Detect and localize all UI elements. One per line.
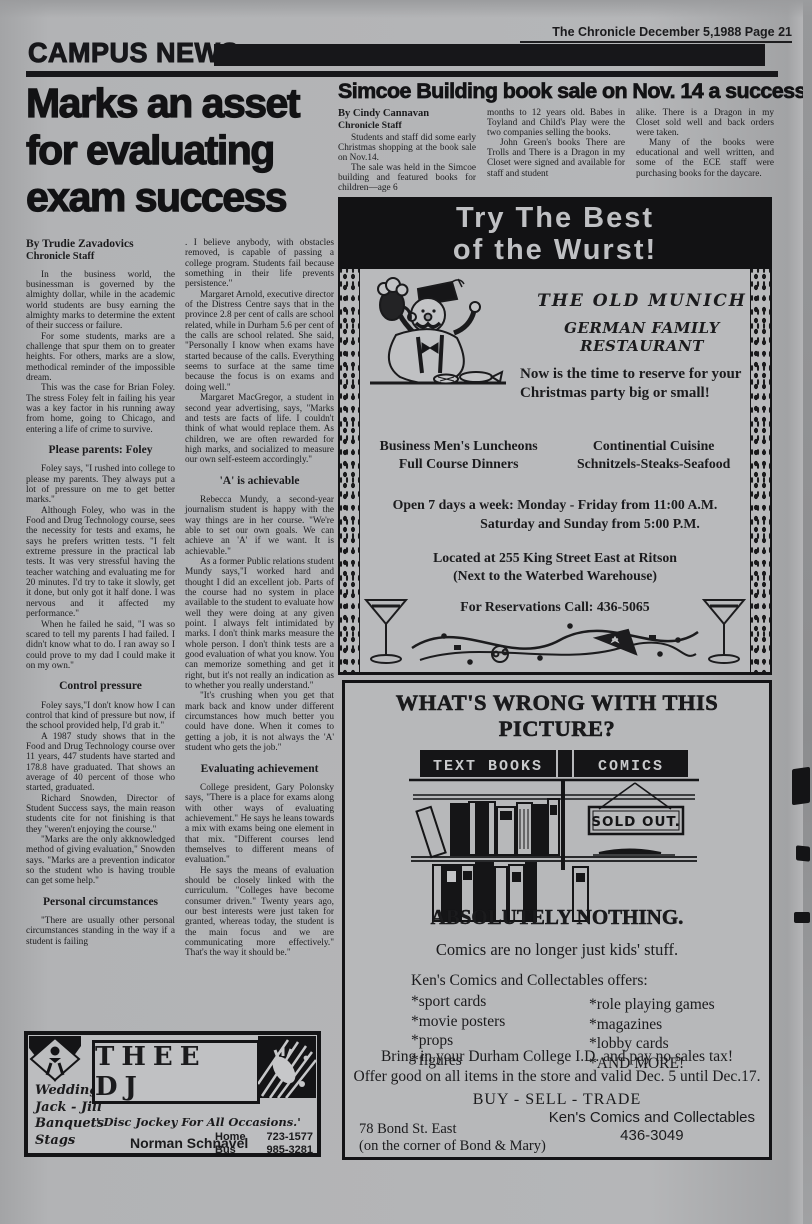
- german-man-with-beer-stein-icon: [362, 275, 512, 397]
- offer-item: *role playing games: [589, 995, 715, 1015]
- offer-item: *magazines: [589, 1015, 715, 1035]
- offer-item: *movie posters: [411, 1012, 505, 1032]
- scan-artifact: [796, 845, 810, 861]
- headline-line: exam success: [26, 174, 335, 221]
- hours-line: Open 7 days a week: Monday - Friday from…: [340, 497, 770, 513]
- paragraph: Foley says,"I don't know how I can contr…: [26, 701, 175, 732]
- paragraph: Margaret MacGregor, a student in second …: [185, 393, 334, 465]
- reserve-text: Now is the time to reserve for your Chri…: [520, 365, 772, 403]
- menu-item: Business Men's Luncheons: [380, 437, 538, 455]
- dj-hand-turntable-icon: [258, 1036, 316, 1098]
- dj-tagline: ' Disc Jockey For All Occasions.': [96, 1115, 301, 1129]
- headline-line: for evaluating: [26, 127, 335, 174]
- page-edge-shadow: [803, 0, 812, 1224]
- location-line: (Next to the Waterbed Warehouse): [340, 568, 770, 584]
- bus-number: 985-3281: [267, 1144, 314, 1157]
- paragraph: . I believe anybody, with obstacles remo…: [185, 238, 334, 290]
- paragraph: "It's crushing when you get that mark ba…: [185, 691, 334, 753]
- bus-label: Bus: [215, 1144, 236, 1157]
- comics-headline: WHAT'S WRONG WITH THIS PICTURE?: [345, 690, 769, 742]
- store-phone: 436-3049: [549, 1127, 755, 1145]
- headline-line: Marks an asset: [26, 80, 335, 127]
- home-number: 723-1577: [267, 1131, 314, 1144]
- paragraph: In the business world, the businessman i…: [26, 270, 175, 332]
- promo-text: Bring in your Durham College I.D. and pa…: [345, 1047, 769, 1086]
- masthead: The Chronicle December 5,1988 Page 21: [520, 25, 792, 43]
- byline-org: Chronicle Staff: [26, 251, 175, 263]
- banner-line: of the Wurst!: [338, 234, 772, 266]
- kens-comics-ad: WHAT'S WRONG WITH THIS PICTURE? TEXT BOO…: [342, 680, 772, 1160]
- paragraph: Rebecca Mundy, a second-year journalism …: [185, 495, 334, 557]
- scan-artifact: [792, 767, 810, 806]
- bookshelf-sold-out-icon: TEXT BOOKS COMICS: [403, 747, 705, 929]
- article-simcoe-headline: Simcoe Building book sale on Nov. 14 a s…: [338, 80, 775, 103]
- header-rule: [26, 71, 778, 77]
- article-simcoe: Simcoe Building book sale on Nov. 14 a s…: [338, 80, 775, 193]
- paragraph: A 1987 study shows that in the Food and …: [26, 732, 175, 794]
- byline-org: Chronicle Staff: [338, 120, 476, 131]
- store-name: Ken's Comics and Collectables: [549, 1109, 755, 1127]
- subhead-evaluating-achievement: Evaluating achievement: [185, 764, 334, 774]
- simcoe-column-3: alike. There is a Dragon in my Closet so…: [636, 108, 774, 193]
- menu-item: Continential Cuisine: [577, 437, 730, 455]
- paragraph: John Green's books There are Trolls and …: [487, 138, 625, 178]
- home-label: Home: [215, 1131, 246, 1144]
- paragraph: Many of the books were educational and w…: [636, 138, 774, 178]
- buy-sell-trade: BUY - SELL - TRADE: [345, 1091, 769, 1109]
- section-title: CAMPUS NEWS: [28, 38, 239, 70]
- occasion-item: Stags: [35, 1133, 106, 1150]
- section-title-bar: [214, 44, 765, 66]
- paragraph: As a former Public relations student Mun…: [185, 557, 334, 691]
- paragraph: The sale was held in the Simcoe building…: [338, 163, 476, 193]
- menu-item: Schnitzels-Steaks-Seafood: [577, 455, 730, 473]
- thee-dj-ad: Weddings Jack - Jill Banquets Stags THEE…: [24, 1031, 321, 1157]
- address-line: (on the corner of Bond & Mary): [359, 1138, 546, 1155]
- byline: By Cindy Cannavan: [338, 108, 476, 120]
- wurst-ad-body: THE OLD MUNICH GERMAN FAMILY RESTAURANT …: [338, 269, 772, 675]
- subhead-personal-circumstances: Personal circumstances: [26, 897, 175, 907]
- old-munich-restaurant-ad: Try The Best of the Wurst!: [338, 197, 772, 675]
- location-line: Located at 255 King Street East at Ritso…: [340, 550, 770, 566]
- restaurant-subname: GERMAN FAMILY RESTAURANT: [516, 319, 768, 355]
- paragraph: Margaret Arnold, executive director of t…: [185, 290, 334, 393]
- store-address: 78 Bond St. East (on the corner of Bond …: [359, 1121, 546, 1155]
- paragraph: For some students, marks are a challenge…: [26, 332, 175, 384]
- home-phone-row: Home 723-1577: [215, 1131, 313, 1144]
- paragraph: When he failed he said, "I was so scared…: [26, 620, 175, 672]
- banner-line: Try The Best: [338, 202, 772, 234]
- address-line: 78 Bond St. East: [359, 1121, 546, 1138]
- dj-title: THEE DJ: [95, 1042, 257, 1102]
- promo-line: Offer good on all items in the store and…: [345, 1067, 769, 1087]
- simcoe-column-2: months to 12 years old. Babes in Toyland…: [487, 108, 625, 193]
- menu-item: Full Course Dinners: [380, 455, 538, 473]
- tagline: Comics are no longer just kids' stuff.: [345, 940, 769, 960]
- byline: By Trudie Zavadovics: [26, 238, 175, 251]
- paragraph: He says the means of evaluation should b…: [185, 866, 334, 959]
- restaurant-name: THE OLD MUNICH: [528, 291, 756, 311]
- article-marks-headline: Marks an asset for evaluating exam succe…: [26, 80, 335, 221]
- offers-intro: Ken's Comics and Collectables offers:: [411, 972, 648, 990]
- offer-item: *sport cards: [411, 992, 505, 1012]
- article-simcoe-columns: By Cindy Cannavan Chronicle Staff Studen…: [338, 108, 775, 193]
- promo-line: Bring in your Durham College I.D. and pa…: [345, 1047, 769, 1067]
- menu-row: Business Men's Luncheons Full Course Din…: [360, 437, 750, 473]
- party-glasses-streamers-icon: [360, 596, 750, 672]
- paragraph: This was the case for Brian Foley. The s…: [26, 383, 175, 435]
- scan-artifact: [794, 912, 810, 923]
- paragraph: Foley says, "I rushed into college to pl…: [26, 464, 175, 505]
- sold-out-sign: SOLD OUT.: [591, 814, 680, 830]
- marks-column-1: By Trudie Zavadovics Chronicle Staff In …: [26, 238, 175, 959]
- menu-left: Business Men's Luncheons Full Course Din…: [380, 437, 538, 473]
- tuxedo-figure-diamond-icon: [29, 1036, 81, 1082]
- hours-line: Saturday and Sunday from 5:00 P.M.: [340, 516, 770, 532]
- menu-right: Continential Cuisine Schnitzels-Steaks-S…: [577, 437, 730, 473]
- answer-text: ABSOLUTELY NOTHING.: [345, 905, 769, 930]
- marks-column-2: . I believe anybody, with obstacles remo…: [185, 238, 334, 959]
- wurst-banner: Try The Best of the Wurst!: [338, 197, 772, 269]
- bus-phone-row: Bus 985-3281: [215, 1144, 313, 1157]
- simcoe-column-1: By Cindy Cannavan Chronicle Staff Studen…: [338, 108, 476, 193]
- article-marks: Marks an asset for evaluating exam succe…: [26, 80, 335, 959]
- textbooks-sign: TEXT BOOKS: [433, 758, 543, 775]
- newspaper-page: The Chronicle December 5,1988 Page 21 CA…: [0, 0, 812, 1224]
- paragraph: alike. There is a Dragon in my Closet so…: [636, 108, 774, 138]
- paragraph: Although Foley, who was in the Food and …: [26, 506, 175, 620]
- paragraph: "Marks are the only akknowledged method …: [26, 835, 175, 887]
- paragraph: months to 12 years old. Babes in Toyland…: [487, 108, 625, 138]
- subhead-please-parents: Please parents: Foley: [26, 445, 175, 455]
- dj-title-box: THEE DJ: [92, 1040, 260, 1104]
- subhead-a-is-achievable: 'A' is achievable: [185, 476, 334, 486]
- store-info: Ken's Comics and Collectables 436-3049: [549, 1109, 755, 1145]
- paragraph: Students and staff did some early Christ…: [338, 133, 476, 163]
- dj-phones: Home 723-1577 Bus 985-3281: [215, 1131, 313, 1157]
- subhead-control-pressure: Control pressure: [26, 681, 175, 691]
- paragraph: "There are usually other personal circum…: [26, 916, 175, 947]
- comics-sign: COMICS: [598, 758, 664, 775]
- paragraph: Richard Snowden, Director of Student Suc…: [26, 794, 175, 835]
- paragraph: College president, Gary Polonsky says, "…: [185, 783, 334, 866]
- article-marks-columns: By Trudie Zavadovics Chronicle Staff In …: [26, 238, 335, 959]
